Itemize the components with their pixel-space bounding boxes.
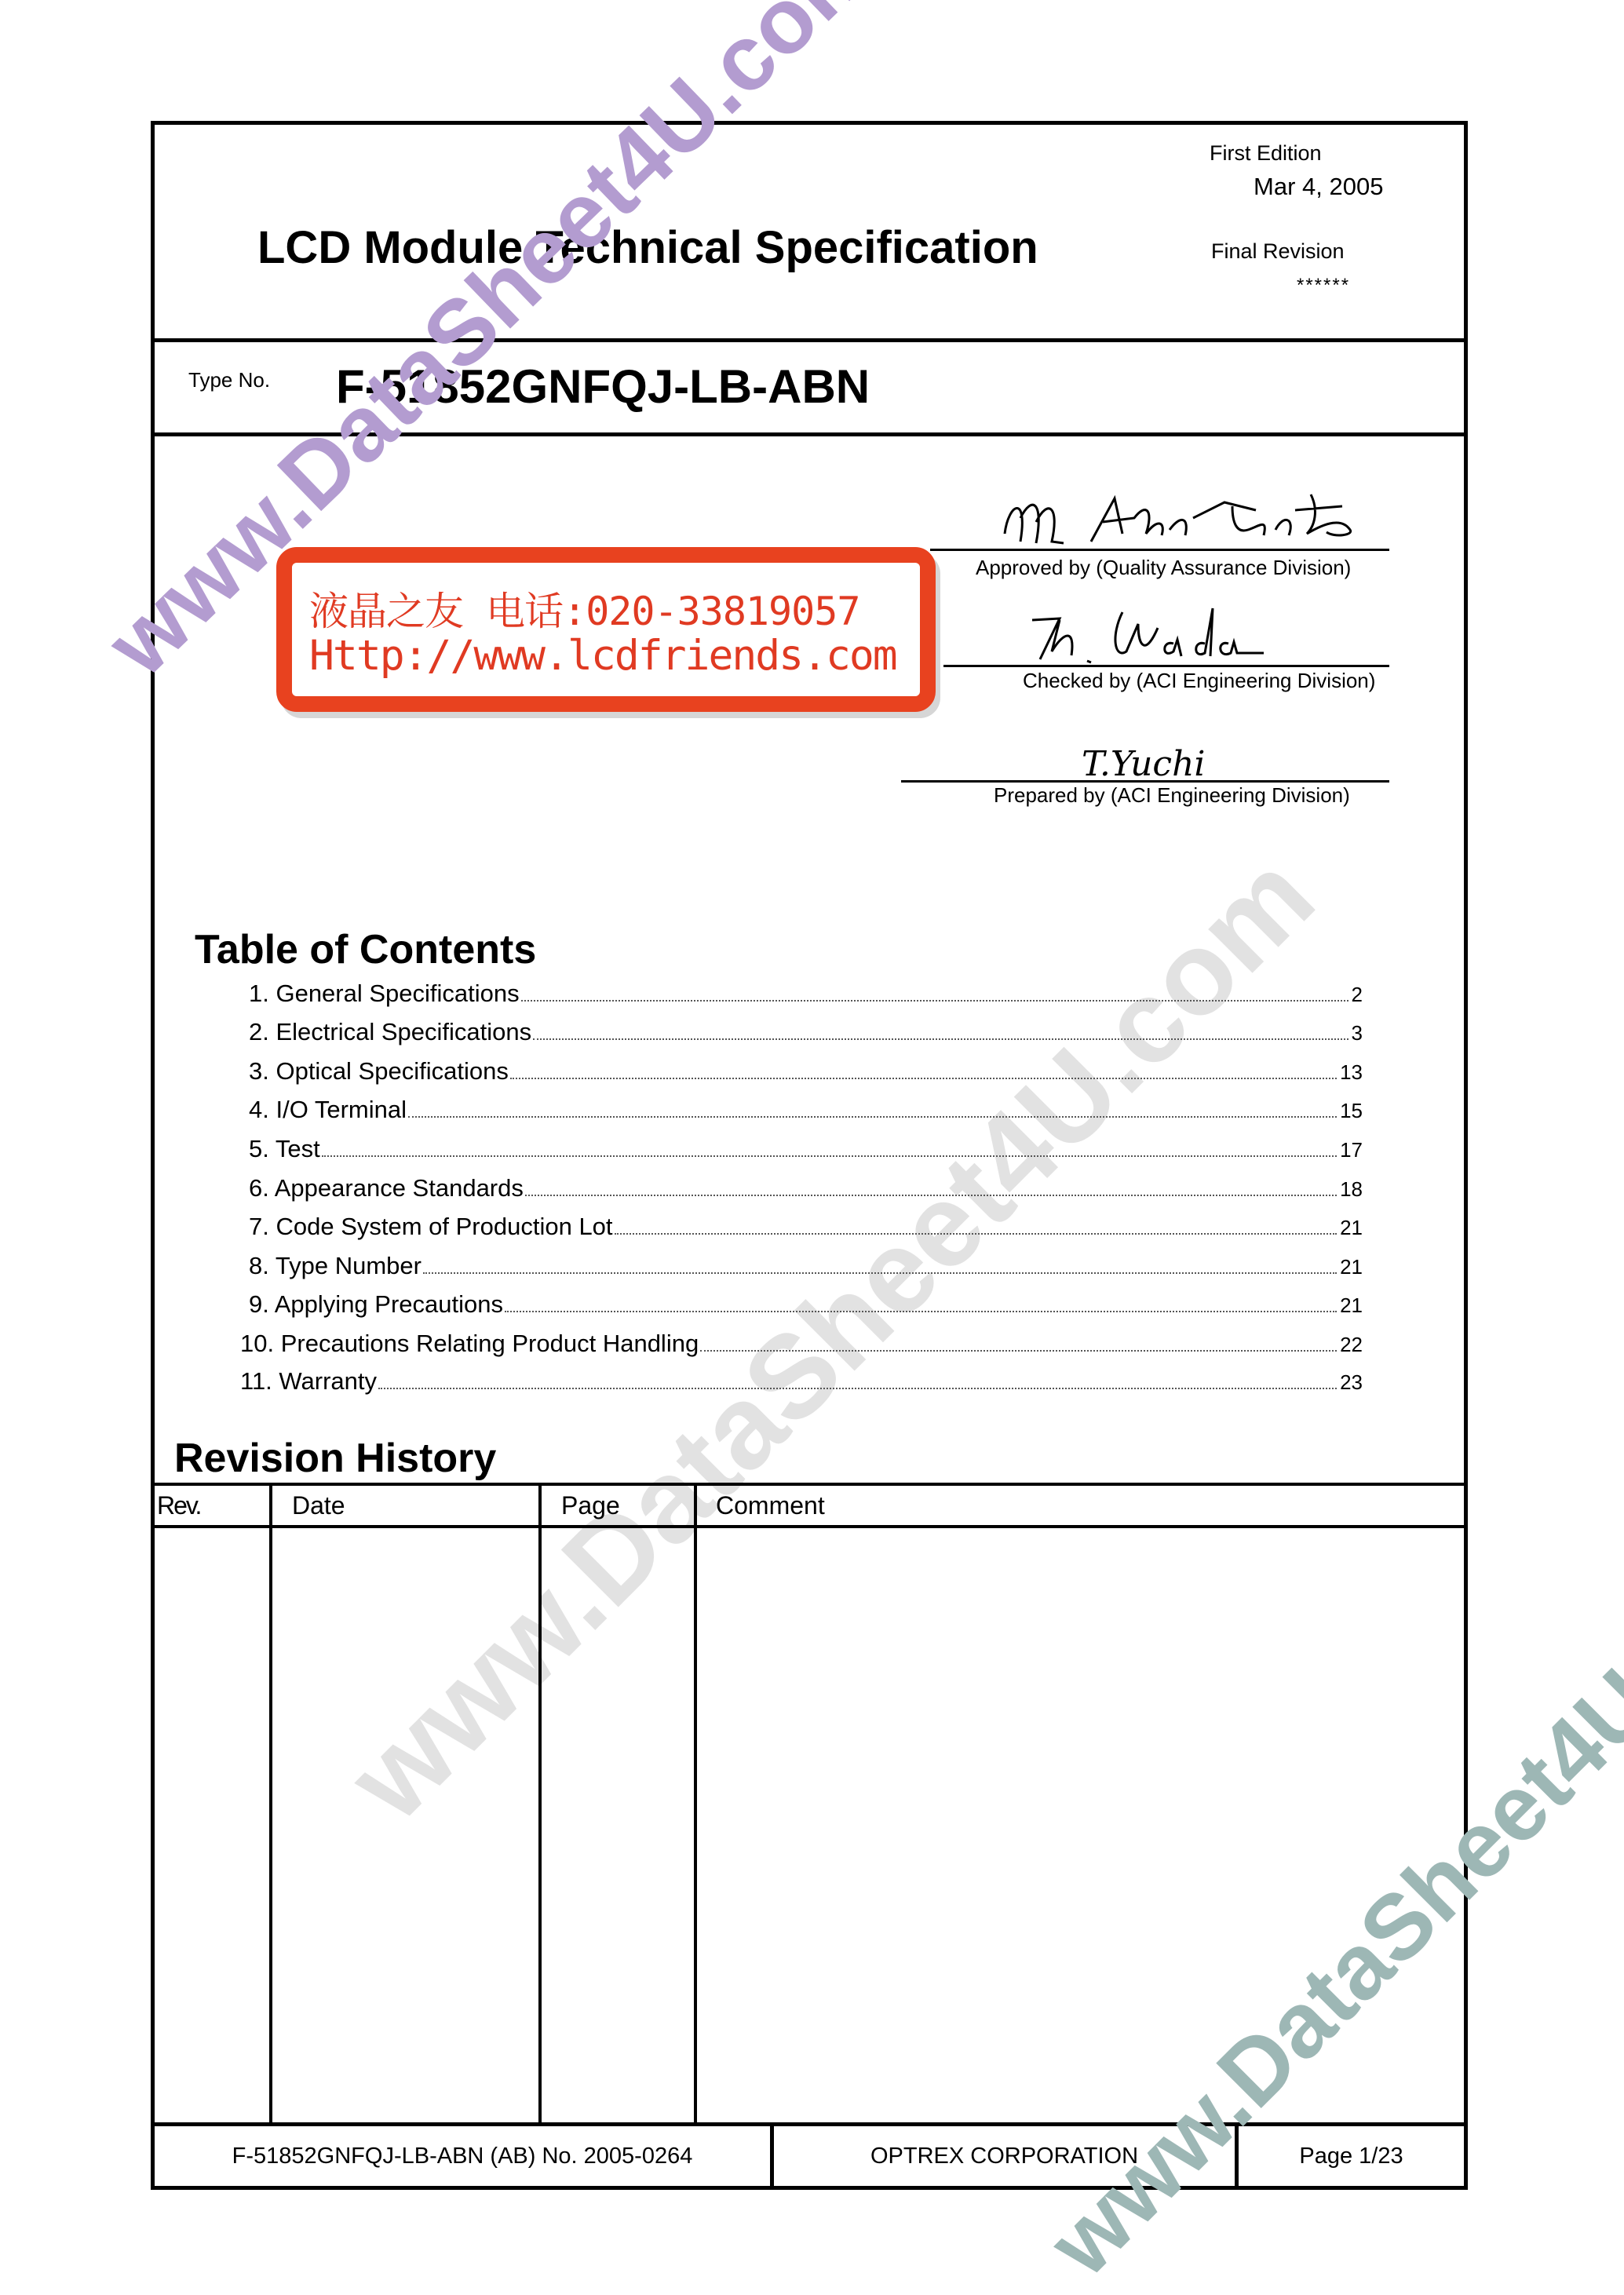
revision-col-divider-2 [538, 1483, 542, 2125]
signature-line-approved [930, 549, 1389, 551]
toc-item-page: 3 [1352, 1021, 1363, 1045]
toc-item[interactable]: 4. I/O Terminal15 [249, 1096, 1363, 1127]
column-header-rev: Rev. [157, 1491, 200, 1520]
toc-item[interactable]: 10. Precautions Relating Product Handlin… [240, 1330, 1363, 1361]
column-header-date: Date [292, 1491, 345, 1520]
toc-item[interactable]: 7. Code System of Production Lot21 [249, 1213, 1363, 1244]
signature-checked-icon [1028, 604, 1311, 667]
toc-item-label: 11. Warranty [240, 1367, 377, 1396]
revision-label: Final Revision [1211, 239, 1345, 264]
footer-doc-number: F-51852GNFQJ-LB-ABN (AB) No. 2005-0264 [155, 2144, 770, 2169]
header-divider [151, 338, 1468, 342]
toc-item-label: 9. Applying Precautions [249, 1290, 503, 1319]
toc-item[interactable]: 11. Warranty23 [240, 1367, 1363, 1399]
toc-item-page: 22 [1340, 1333, 1363, 1357]
toc-item-label: 3. Optical Specifications [249, 1057, 509, 1085]
toc-item-page: 15 [1340, 1099, 1363, 1123]
toc-item[interactable]: 2. Electrical Specifications3 [249, 1018, 1363, 1049]
toc-item-page: 17 [1340, 1138, 1363, 1162]
column-header-comment: Comment [716, 1491, 825, 1520]
signature-approved-icon [997, 487, 1374, 549]
revision-history-title: Revision History [174, 1435, 496, 1482]
toc-item-label: 8. Type Number [249, 1252, 422, 1280]
revision-table-header-bottom [151, 1525, 1468, 1528]
toc-leader-dots [378, 1388, 1337, 1389]
edition-label: First Edition [1210, 141, 1322, 166]
toc-item[interactable]: 1. General Specifications2 [249, 980, 1363, 1011]
toc-item[interactable]: 3. Optical Specifications13 [249, 1057, 1363, 1089]
toc-item-label: 10. Precautions Relating Product Handlin… [240, 1330, 699, 1358]
column-header-page: Page [561, 1491, 620, 1520]
toc-leader-dots [505, 1311, 1337, 1312]
toc-leader-dots [700, 1350, 1337, 1352]
toc-leader-dots [533, 1038, 1348, 1040]
revision-table-top [151, 1483, 1468, 1486]
toc-leader-dots [423, 1272, 1337, 1274]
toc-item-page: 21 [1340, 1255, 1363, 1279]
toc-item-label: 4. I/O Terminal [249, 1096, 407, 1124]
toc-leader-dots [525, 1195, 1337, 1196]
footer-page-number: Page 1/23 [1239, 2144, 1464, 2169]
toc-item-page: 23 [1340, 1370, 1363, 1395]
toc-item-page: 18 [1340, 1177, 1363, 1202]
type-number-label: Type No. [188, 368, 270, 392]
toc-item-label: 1. General Specifications [249, 980, 520, 1008]
revision-value: ****** [1297, 275, 1350, 297]
signature-line-prepared [901, 780, 1389, 783]
toc-item-label: 2. Electrical Specifications [249, 1018, 531, 1046]
toc-leader-dots [615, 1233, 1338, 1235]
toc-item-label: 5. Test [249, 1135, 320, 1163]
toc-item-page: 21 [1340, 1216, 1363, 1240]
distributor-stamp: 液晶之友 电话:020-33819057 Http://www.lcdfrien… [276, 547, 936, 712]
toc-leader-dots [408, 1116, 1337, 1118]
signature-role-approved: Approved by (Quality Assurance Division) [976, 556, 1351, 580]
toc-item-label: 7. Code System of Production Lot [249, 1213, 613, 1241]
signature-role-checked: Checked by (ACI Engineering Division) [1023, 669, 1375, 693]
signature-prepared-name: T.Yuchi [1082, 744, 1205, 784]
revision-col-divider-1 [269, 1483, 272, 2125]
signature-role-prepared: Prepared by (ACI Engineering Division) [994, 783, 1350, 808]
toc-item-label: 6. Appearance Standards [249, 1174, 524, 1202]
toc-leader-dots [510, 1078, 1337, 1079]
toc-item[interactable]: 9. Applying Precautions21 [249, 1290, 1363, 1322]
stamp-phone-line: 液晶之友 电话:020-33819057 [309, 580, 859, 637]
edition-date: Mar 4, 2005 [1254, 173, 1383, 201]
revision-col-divider-3 [694, 1483, 697, 2125]
document-title: LCD Module Technical Specification [257, 221, 1038, 274]
toc-leader-dots [521, 1000, 1348, 1002]
toc-item-page: 2 [1352, 983, 1363, 1007]
toc-item[interactable]: 6. Appearance Standards18 [249, 1174, 1363, 1206]
signature-line-checked [943, 665, 1389, 667]
stamp-url-line: Http://www.lcdfriends.com [309, 632, 896, 680]
toc-item-page: 21 [1340, 1293, 1363, 1318]
toc-item-page: 13 [1340, 1060, 1363, 1085]
toc-title: Table of Contents [195, 926, 536, 973]
toc-item[interactable]: 8. Type Number21 [249, 1252, 1363, 1283]
toc-leader-dots [322, 1155, 1337, 1157]
toc-item[interactable]: 5. Test17 [249, 1135, 1363, 1166]
